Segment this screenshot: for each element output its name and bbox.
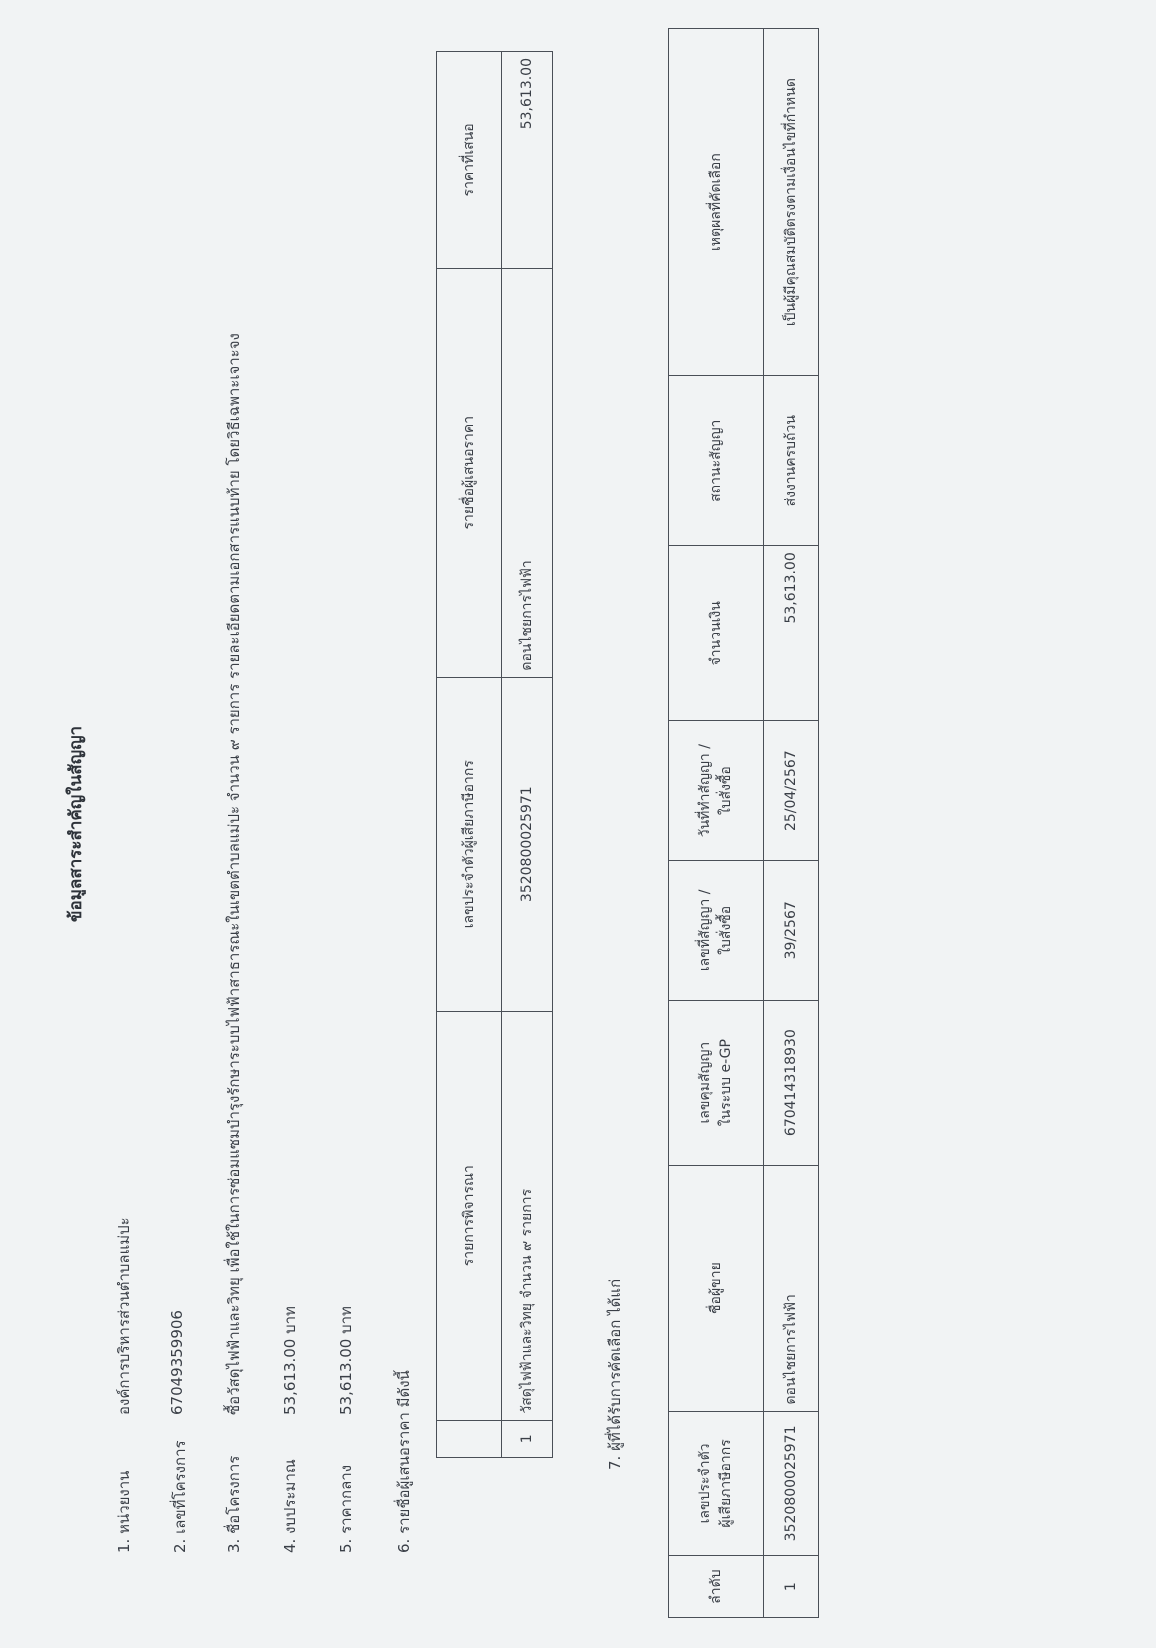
cell-reason: เป็นผู้มีคุณสมบัติตรงตามเงื่อนไขที่กำหนด: [764, 29, 819, 376]
document-title: ข้อมูลสาระสำคัญในสัญญา: [62, 0, 89, 1648]
info-value: ซื้อวัสดุไฟฟ้าและวิทยุ เพื่อใช้ในการซ่อม…: [222, 333, 246, 1415]
cell-index: 1: [502, 1420, 553, 1457]
cell-contract-date: 25/04/2567: [764, 721, 819, 861]
info-label: 1. หน่วยงาน: [112, 1471, 136, 1553]
info-label: 5. ราคากลาง: [334, 1465, 358, 1553]
info-value: องค์การบริหารส่วนตำบลแม่ปะ: [112, 1217, 136, 1415]
table-header-row: ลำดับ เลขประจำตัว ผู้เสียภาษีอากร ชื่อผู…: [669, 29, 764, 1618]
col-header: ลำดับ: [669, 1556, 764, 1618]
info-label: 6. รายชื่อผู้เสนอราคา มีดังนี้: [392, 1370, 416, 1553]
info-value: 67049359906: [168, 1310, 186, 1415]
info-label: 4. งบประมาณ: [278, 1459, 302, 1553]
col-header: สถานะสัญญา: [669, 376, 764, 546]
col-header: ชื่อผู้ขาย: [669, 1165, 764, 1411]
col-header: รายการพิจารณา: [437, 1011, 502, 1420]
cell-price: 53,613.00: [502, 52, 553, 269]
col-header: เหตุผลที่คัดเลือก: [669, 29, 764, 376]
col-header: ราคาที่เสนอ: [437, 52, 502, 269]
info-label: 2. เลขที่โครงการ: [168, 1440, 192, 1553]
info-value: 53,613.00 บาท: [334, 1306, 358, 1415]
cell-item: วัสดุไฟฟ้าและวิทยุ จำนวน ๙ รายการ: [502, 1011, 553, 1420]
info-label: 3. ชื่อโครงการ: [222, 1456, 246, 1553]
col-header: จำนวนเงิน: [669, 546, 764, 721]
cell-seller-name: ดอนไชยการไฟฟ้า: [764, 1165, 819, 1411]
cell-tax-id: 3520800025971: [502, 677, 553, 1011]
cell-tax-id: 3520800025971: [764, 1411, 819, 1556]
cell-status: ส่งงานครบถ้วน: [764, 376, 819, 546]
col-header: [437, 1420, 502, 1457]
col-header: เลขที่สัญญา / ใบสั่งซื้อ: [669, 860, 764, 1000]
cell-egp-number: 670414318930: [764, 1000, 819, 1165]
col-header: เลขประจำตัวผู้เสียภาษีอากร: [437, 677, 502, 1011]
cell-contract-number: 39/2567: [764, 860, 819, 1000]
cell-bidder-name: ดอนไชยการไฟฟ้า: [502, 268, 553, 677]
table-header-row: รายการพิจารณา เลขประจำตัวผู้เสียภาษีอากร…: [437, 52, 502, 1458]
col-header: รายชื่อผู้เสนอราคา: [437, 268, 502, 677]
col-header: เลขคุมสัญญา ในระบบ e-GP: [669, 1000, 764, 1165]
cell-index: 1: [764, 1556, 819, 1618]
col-header: เลขประจำตัว ผู้เสียภาษีอากร: [669, 1411, 764, 1556]
info-value: 53,613.00 บาท: [278, 1306, 302, 1415]
table-row: 1 3520800025971 ดอนไชยการไฟฟ้า 670414318…: [764, 29, 819, 1618]
section7-heading: 7. ผู้ที่ได้รับการคัดเลือก ได้แก่: [603, 1279, 627, 1470]
table-row: 1 วัสดุไฟฟ้าและวิทยุ จำนวน ๙ รายการ 3520…: [502, 52, 553, 1458]
bidders-table: รายการพิจารณา เลขประจำตัวผู้เสียภาษีอากร…: [436, 51, 553, 1458]
cell-amount: 53,613.00: [764, 546, 819, 721]
winners-table: ลำดับ เลขประจำตัว ผู้เสียภาษีอากร ชื่อผู…: [668, 28, 819, 1618]
document-page: ข้อมูลสาระสำคัญในสัญญา 1. หน่วยงาน องค์ก…: [0, 0, 1156, 1648]
col-header: วันที่ทำสัญญา / ใบสั่งซื้อ: [669, 721, 764, 861]
